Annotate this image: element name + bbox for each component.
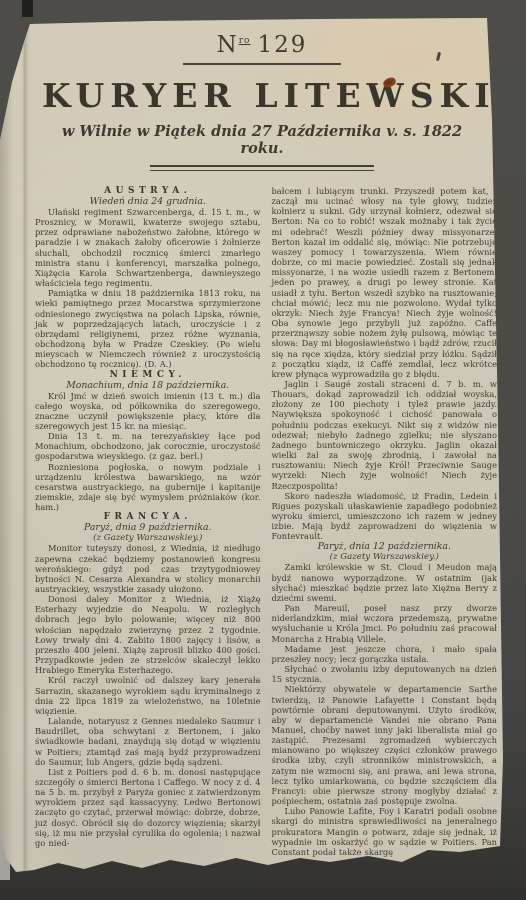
article-paragraph: Król Jmć w dzień swoich imienin (13 t. m… [35,391,261,432]
article-paragraph: Madame jest jeszcze chora, i mało spała … [272,644,498,664]
article-paragraph: Słychać o zwołaniu izby deputowanych na … [272,664,498,684]
issue-value: 129 [257,32,307,58]
masthead-rule-bottom [150,165,374,171]
article-dateline: Monachium, dnia 18 października. [35,380,261,391]
issue-superscript: ro [239,36,251,46]
backdrop-notch [22,0,33,17]
article-paragraph: Zamki królewskie w St. Cloud i Meudon ma… [272,562,498,603]
article-paragraph: Niektórzy obywatele w departamencie Sart… [272,684,498,806]
article-source: (z Gazety Warszawskiey.) [272,552,498,562]
article-source: (z Gazety Warszawskiey.) [35,533,261,543]
article-paragraph: Jaglin i Saugé zostali straceni d. 7 b. … [272,379,498,491]
article-dateline: Paryż, dnia 9 października. [35,522,261,533]
article-paragraph: List z Poitiers pod d. 6 b. m. donosi na… [35,767,261,848]
photo-backdrop: Nro129 KURYER LITEWSKI w Wilnie w Piątek… [0,0,526,900]
article-dateline: Paryż, dnia 12 października. [272,541,498,552]
newspaper-page: Nro129 KURYER LITEWSKI w Wilnie w Piątek… [0,0,526,900]
article-dateline: Wiedeń dnia 24 grudnia. [35,196,261,207]
article-paragraph: Monitor tuteyszy donosi, z Wiednia, iż n… [35,543,261,594]
newspaper-title: KURYER LITEWSKI [42,76,482,115]
article-paragraph: Pan Mareuil, poseł nasz przy dworze nide… [272,603,498,644]
section-heading: NIEMCY. [35,370,261,380]
section-heading: FRANCYA. [35,512,261,522]
section-heading: AUSTRYA. [35,186,261,196]
article-paragraph: Pamiątka w dniu 18 października 1813 rok… [35,288,261,369]
issue-prefix: N [217,32,239,58]
masthead-dateline: w Wilnie w Piątek dnia 27 Października v… [42,123,482,157]
article-columns: AUSTRYA.Wiedeń dnia 24 grudnia.Ułański r… [35,186,497,857]
article-paragraph: Dnia 13 t. m. na terezyańskiey łące pod … [35,431,261,461]
column-right: bałcem i lubiącym trunki. Przyszedł pote… [272,186,498,857]
masthead-rule-top [183,63,341,65]
article-paragraph: Lubo Panowie Lafite, Foy i Karatri podal… [272,806,498,857]
article-paragraph: Lalande, notaryusz z Gennes niedaleko Sa… [35,716,261,767]
article-paragraph: Skoro nadeszła wiadomość, iż Fradin, Led… [272,491,498,542]
masthead: Nro129 KURYER LITEWSKI w Wilnie w Piątek… [42,32,482,171]
article-paragraph: Ułański regiment Szwarcenberga, d. 15 t.… [35,207,261,288]
issue-number: Nro129 [42,32,482,58]
article-paragraph-continuation: bałcem i lubiącym trunki. Przyszedł pote… [272,186,498,379]
article-paragraph: Donosi daley Monitor z Wiednia, iż Xiążę… [35,594,261,675]
column-left: AUSTRYA.Wiedeń dnia 24 grudnia.Ułański r… [35,186,261,857]
article-paragraph: Król raczył uwolnić od dalszey kary jene… [35,675,261,716]
article-paragraph: Rozniesiona pogłoska, o nowym podziale i… [35,462,261,513]
